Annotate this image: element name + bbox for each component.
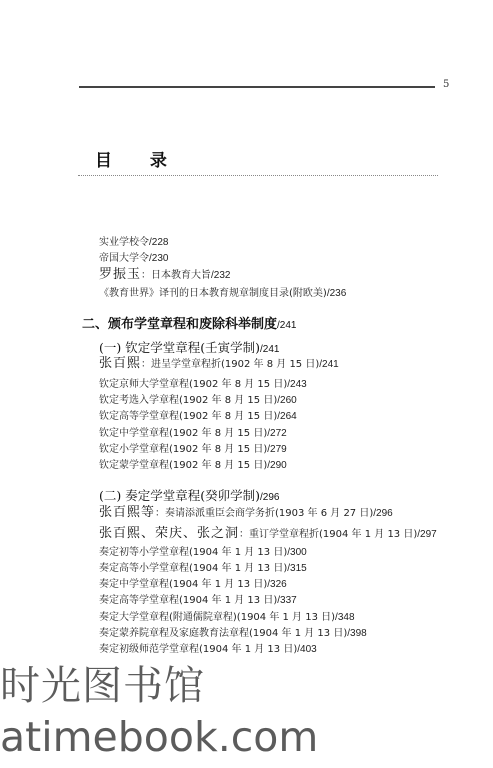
entry-page: /264 <box>277 411 296 422</box>
entry-text: ：进呈学堂章程折(1902 年 8 月 15 日) <box>141 359 319 370</box>
page-title: 目 录 <box>95 146 183 171</box>
toc-entry[interactable]: 张百熙等：奏请添派重臣会商学务折(1903 年 6 月 27 日)/296 <box>99 507 393 520</box>
entry-text: 奏定蒙养院章程及家庭教育法章程(1904 年 1 月 13 日) <box>99 628 347 639</box>
entry-page: /272 <box>267 428 286 439</box>
entry-text: 钦定蒙学堂章程(1902 年 8 月 15 日) <box>99 460 267 471</box>
entry-page: /326 <box>267 579 286 590</box>
toc-entry[interactable]: 实业学校令/228 <box>99 237 168 249</box>
entry-page: /236 <box>327 288 346 299</box>
entry-page: /296 <box>373 508 392 519</box>
toc-entry[interactable]: 钦定考选入学章程(1902 年 8 月 15 日)/260 <box>99 395 297 407</box>
entry-page: /232 <box>211 270 230 281</box>
toc-entry[interactable]: 钦定京师大学堂章程(1902 年 8 月 15 日)/243 <box>99 379 307 391</box>
entry-text: ：奏请添派重臣会商学务折(1903 年 6 月 27 日) <box>155 508 373 519</box>
toc-entry[interactable]: 奏定高等小学堂章程(1904 年 1 月 13 日)/315 <box>99 563 307 575</box>
entry-text: 奏定中学堂章程(1904 年 1 月 13 日) <box>99 579 267 590</box>
entry-page: /297 <box>417 529 436 540</box>
entry-page: /348 <box>335 612 354 623</box>
section-page: /241 <box>277 320 296 331</box>
toc-subsection[interactable]: (二) 奏定学堂章程(癸卯学制)/296 <box>99 486 279 504</box>
toc-section[interactable]: 二、颁布学堂章程和废除科举制度/241 <box>82 313 296 332</box>
entry-page: /243 <box>287 379 306 390</box>
entry-page: /279 <box>267 444 286 455</box>
entry-page: /230 <box>149 253 168 264</box>
entry-text: 钦定京师大学堂章程(1902 年 8 月 15 日) <box>99 379 287 390</box>
subsection-page: /241 <box>260 344 279 355</box>
entry-text: 帝国大学令 <box>99 253 149 264</box>
entry-text: 钦定高等学堂章程(1902 年 8 月 15 日) <box>99 411 277 422</box>
watermark-url: atimebook.com <box>0 712 318 762</box>
entry-page: /398 <box>347 628 366 639</box>
entry-page: /228 <box>149 237 168 248</box>
toc-entry[interactable]: 张百熙、荣庆、张之洞：重订学堂章程折(1904 年 1 月 13 日)/297 <box>99 528 437 541</box>
entry-text: 《教育世界》译刊的日本教育规章制度目录(附欧美) <box>99 288 327 299</box>
entry-page: /241 <box>319 359 338 370</box>
entry-page: /337 <box>277 595 296 606</box>
entry-text: ：日本教育大旨 <box>141 270 211 281</box>
entry-text: 钦定小学堂章程(1902 年 8 月 15 日) <box>99 444 267 455</box>
header-rule <box>79 86 435 88</box>
entry-page: /300 <box>287 547 306 558</box>
toc-entry[interactable]: 帝国大学令/230 <box>99 253 168 265</box>
toc-entry[interactable]: 张百熙：进呈学堂章程折(1902 年 8 月 15 日)/241 <box>99 358 339 371</box>
subsection-label: (二) 奏定学堂章程(癸卯学制) <box>99 488 260 503</box>
toc-entry[interactable]: 钦定小学堂章程(1902 年 8 月 15 日)/279 <box>99 444 287 456</box>
entry-page: /260 <box>277 395 296 406</box>
entry-page: /315 <box>287 563 306 574</box>
toc-entry[interactable]: 奏定中学堂章程(1904 年 1 月 13 日)/326 <box>99 579 287 591</box>
entry-author: 张百熙 <box>99 356 141 371</box>
entry-text: 奏定大学堂章程(附通儒院章程)(1904 年 1 月 13 日) <box>99 612 335 623</box>
title-dotted-rule <box>78 175 438 176</box>
entry-author: 张百熙等 <box>99 505 155 520</box>
subsection-label: (一) 钦定学堂章程(壬寅学制) <box>99 340 260 355</box>
entry-text: 钦定考选入学章程(1902 年 8 月 15 日) <box>99 395 277 406</box>
toc-entry[interactable]: 钦定中学堂章程(1902 年 8 月 15 日)/272 <box>99 428 287 440</box>
section-label: 二、颁布学堂章程和废除科举制度 <box>82 317 277 332</box>
entry-text: 实业学校令 <box>99 237 149 248</box>
entry-author: 张百熙、荣庆、张之洞 <box>99 526 239 541</box>
toc-entry[interactable]: 钦定蒙学堂章程(1902 年 8 月 15 日)/290 <box>99 460 287 472</box>
entry-text: 奏定初级师范学堂章程(1904 年 1 月 13 日) <box>99 644 297 655</box>
entry-page: /403 <box>297 644 316 655</box>
toc-entry[interactable]: 奏定蒙养院章程及家庭教育法章程(1904 年 1 月 13 日)/398 <box>99 628 367 640</box>
toc-entry[interactable]: 奏定高等学堂章程(1904 年 1 月 13 日)/337 <box>99 595 297 607</box>
toc-entry[interactable]: 罗振玉：日本教育大旨/232 <box>99 269 230 282</box>
entry-author: 罗振玉 <box>99 267 141 282</box>
toc-entry[interactable]: 奏定初级师范学堂章程(1904 年 1 月 13 日)/403 <box>99 644 317 656</box>
toc-subsection[interactable]: (一) 钦定学堂章程(壬寅学制)/241 <box>99 338 279 356</box>
page-number: 5 <box>443 79 449 90</box>
toc-entry[interactable]: 《教育世界》译刊的日本教育规章制度目录(附欧美)/236 <box>99 288 346 300</box>
toc-entry[interactable]: 奏定初等小学堂章程(1904 年 1 月 13 日)/300 <box>99 547 307 559</box>
toc-entry[interactable]: 奏定大学堂章程(附通儒院章程)(1904 年 1 月 13 日)/348 <box>99 612 355 624</box>
entry-text: 奏定高等学堂章程(1904 年 1 月 13 日) <box>99 595 277 606</box>
entry-text: 钦定中学堂章程(1902 年 8 月 15 日) <box>99 428 267 439</box>
entry-page: /290 <box>267 460 286 471</box>
watermark-chinese: 时光图书馆 <box>0 662 205 710</box>
entry-text: 奏定高等小学堂章程(1904 年 1 月 13 日) <box>99 563 287 574</box>
subsection-page: /296 <box>260 492 279 503</box>
entry-text: 奏定初等小学堂章程(1904 年 1 月 13 日) <box>99 547 287 558</box>
entry-text: ：重订学堂章程折(1904 年 1 月 13 日) <box>239 529 417 540</box>
toc-entry[interactable]: 钦定高等学堂章程(1902 年 8 月 15 日)/264 <box>99 411 297 423</box>
